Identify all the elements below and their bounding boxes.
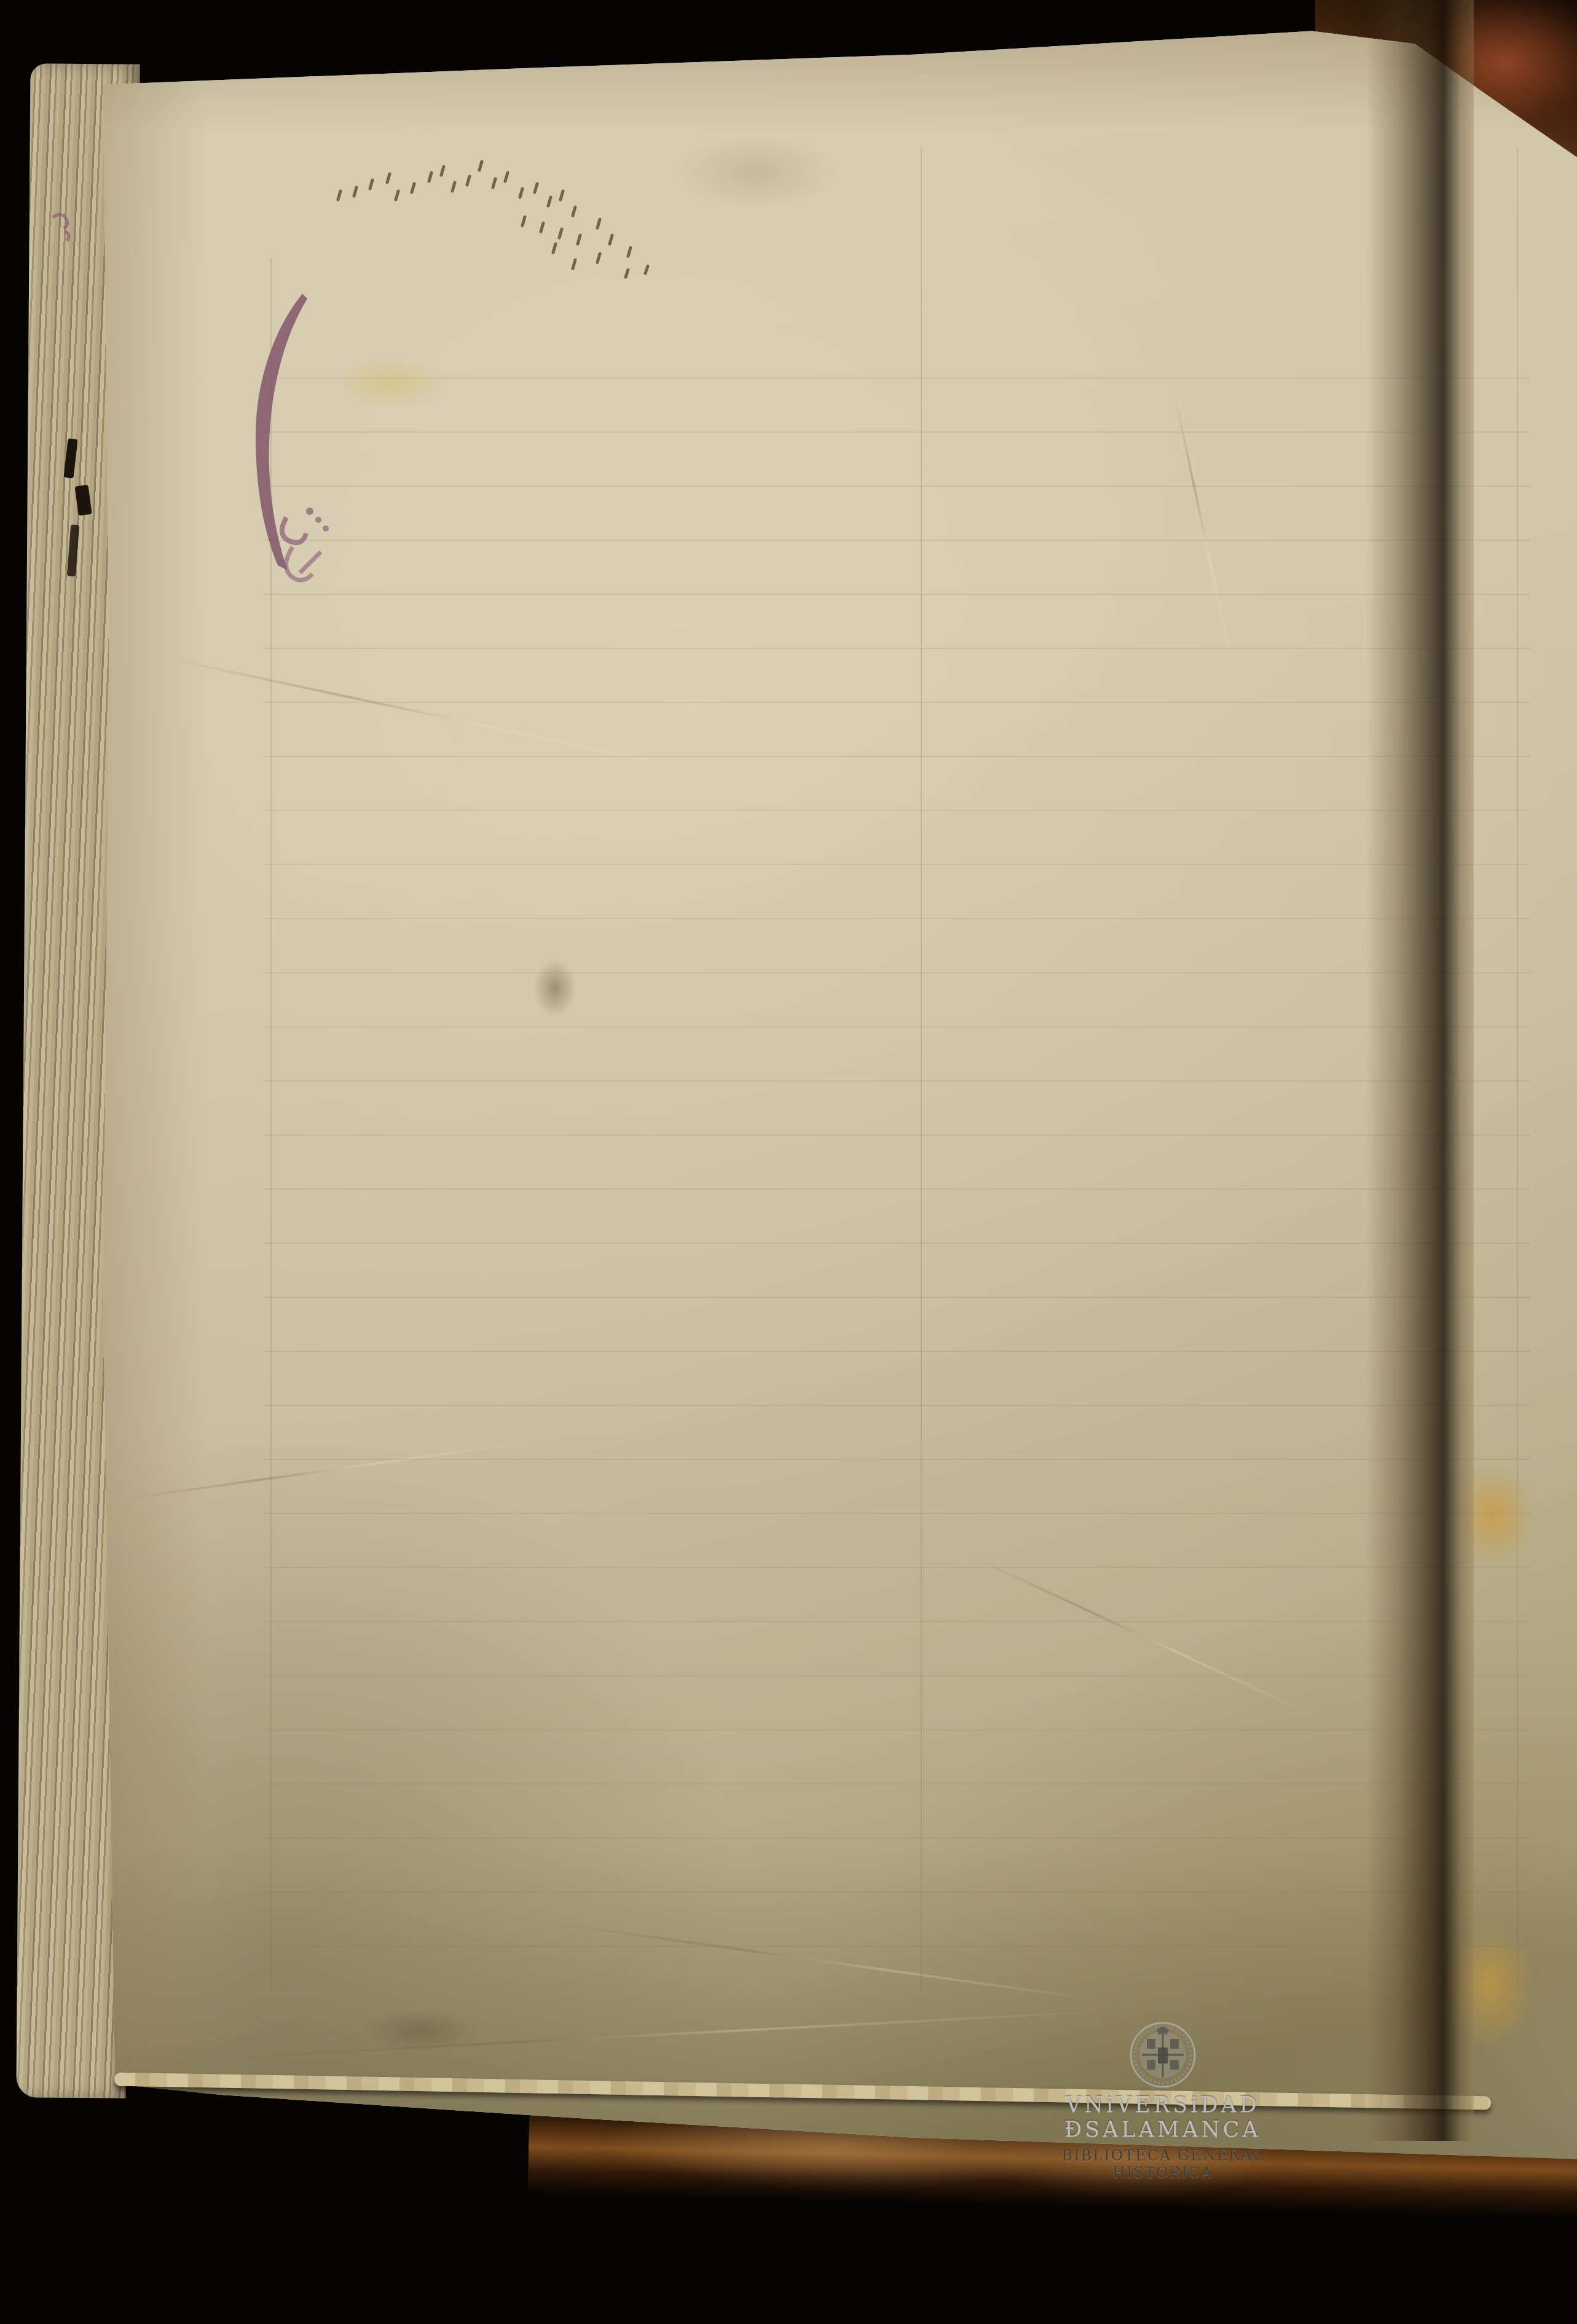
column-rule: [921, 147, 922, 1991]
ruling-grid: [264, 324, 1530, 1996]
purple-initial-icon: [241, 289, 339, 596]
watermark-salamanca: ƉSALAMANCA: [1015, 2118, 1310, 2142]
stain: [361, 2009, 478, 2052]
watermark-library: BIBLIOTECA GENERAL HISTÓRICA: [1015, 2147, 1310, 2181]
library-watermark: VNiVERSiDAD ƉSALAMANCA BIBLIOTECA GENERA…: [1015, 2020, 1310, 2181]
column-rule: [1517, 147, 1518, 1991]
purple-margin-mark: [44, 210, 81, 253]
manuscript-page: [103, 25, 1577, 2165]
musical-neumes: [332, 157, 762, 286]
ink-marks: [44, 433, 113, 593]
watermark-university: VNiVERSiDAD: [1015, 2093, 1310, 2118]
university-seal-icon: [1128, 2020, 1197, 2089]
crease: [190, 2010, 1111, 2060]
gutter-shadow: [1366, 0, 1474, 2141]
manuscript-photo: untus co ru m ioh̃oɾ ~ n ill' tp̄r: Pret…: [0, 0, 1577, 2324]
